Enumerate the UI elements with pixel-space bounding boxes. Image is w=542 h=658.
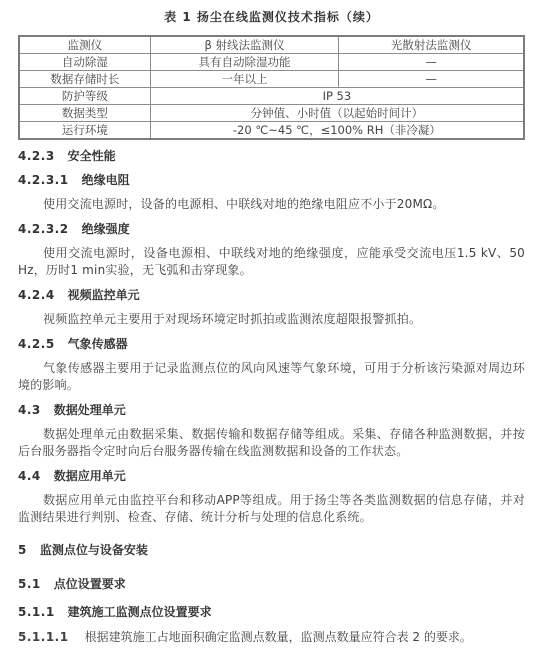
heading-number: 4.2.4: [18, 288, 55, 302]
heading-title: 建筑施工监测点位设置要求: [68, 605, 212, 619]
table-cell-merged: IP 53: [150, 88, 524, 105]
heading-title: 绝缘电阻: [82, 173, 130, 187]
table-header-cell: 光散射法监测仪: [339, 36, 524, 54]
heading-title: 安全性能: [68, 149, 116, 163]
table-cell-label: 自动除湿: [19, 54, 150, 71]
heading-4-2-3-1: 4.2.3.1绝缘电阻: [18, 172, 525, 188]
heading-number: 5.1.1: [18, 605, 55, 619]
table-cell-label: 数据类型: [19, 105, 150, 122]
heading-4-4: 4.4数据应用单元: [18, 468, 525, 484]
heading-title: 数据处理单元: [54, 403, 126, 417]
table-caption: 表 1 扬尘在线监测仪技术指标（续）: [18, 9, 525, 25]
clause-text: 根据建筑施工占地面积确定监测点数量，监测点数量应符合表 2 的要求。: [85, 630, 472, 644]
table-row-operating-env: 运行环境 -20 ℃~45 ℃，≤100% RH（非冷凝）: [19, 122, 524, 140]
table-cell-value: —: [339, 71, 524, 88]
heading-title: 气象传感器: [68, 337, 128, 351]
heading-number: 5.1: [18, 577, 41, 591]
heading-number: 4.2.3.2: [18, 222, 69, 236]
table-header-row: 监测仪 β 射线法监测仪 光散射法监测仪: [19, 36, 524, 54]
heading-5: 5监测点位与设备安装: [18, 542, 525, 558]
heading-title: 数据应用单元: [54, 469, 126, 483]
heading-number: 4.2.3.1: [18, 173, 69, 187]
table-row-data-type: 数据类型 分钟值、小时值（以起始时间计）: [19, 105, 524, 122]
paragraph-data-processing: 数据处理单元由数据采集、数据传输和数据存储等组成。采集、存储各种监测数据，并按后…: [18, 426, 525, 460]
spec-table: 监测仪 β 射线法监测仪 光散射法监测仪 自动除湿 具有自动除湿功能 — 数据存…: [18, 35, 525, 140]
heading-title: 点位设置要求: [54, 577, 126, 591]
table-cell-merged: -20 ℃~45 ℃，≤100% RH（非冷凝）: [150, 122, 524, 140]
table-row-protection-rating: 防护等级 IP 53: [19, 88, 524, 105]
table-cell-value: 一年以上: [150, 71, 338, 88]
heading-5-1-1: 5.1.1建筑施工监测点位设置要求: [18, 604, 525, 620]
clause-number: 5.1.1.1: [18, 630, 69, 644]
table-row-storage-duration: 数据存储时长 一年以上 —: [19, 71, 524, 88]
table-cell-label: 运行环境: [19, 122, 150, 140]
heading-number: 4.4: [18, 469, 41, 483]
heading-number: 4.2.5: [18, 337, 55, 351]
heading-number: 4.2.3: [18, 149, 55, 163]
table-header-cell: 监测仪: [19, 36, 150, 54]
heading-4-2-3-2: 4.2.3.2绝缘强度: [18, 221, 525, 237]
heading-4-2-4: 4.2.4视频监控单元: [18, 287, 525, 303]
heading-5-1: 5.1点位设置要求: [18, 576, 525, 592]
clause-5-1-1-1: 5.1.1.1根据建筑施工占地面积确定监测点数量，监测点数量应符合表 2 的要求…: [18, 629, 525, 646]
heading-4-2-3: 4.2.3安全性能: [18, 148, 525, 164]
table-cell-label: 防护等级: [19, 88, 150, 105]
heading-4-3: 4.3数据处理单元: [18, 402, 525, 418]
paragraph-video-monitoring: 视频监控单元主要用于对现场环境定时抓拍或监测浓度超限报警抓拍。: [18, 311, 525, 328]
paragraph-insulation-resistance: 使用交流电源时，设备的电源相、中联线对地的绝缘电阻应不小于20MΩ。: [18, 196, 525, 213]
table-row-auto-dehumidify: 自动除湿 具有自动除湿功能 —: [19, 54, 524, 71]
paragraph-insulation-strength: 使用交流电源时，设备电源相、中联线对地的绝缘强度，应能承受交流电压1.5 kV、…: [18, 245, 525, 279]
table-cell-label: 数据存储时长: [19, 71, 150, 88]
heading-title: 视频监控单元: [68, 288, 140, 302]
table-cell-value: —: [339, 54, 524, 71]
table-header-cell: β 射线法监测仪: [150, 36, 338, 54]
paragraph-weather-sensor: 气象传感器主要用于记录监测点位的风向风速等气象环境，可用于分析该污染源对周边环境…: [18, 360, 525, 394]
paragraph-data-application: 数据应用单元由监控平台和移动APP等组成。用于扬尘等各类监测数据的信息存储，并对…: [18, 492, 525, 526]
table-cell-merged: 分钟值、小时值（以起始时间计）: [150, 105, 524, 122]
heading-title: 绝缘强度: [82, 222, 130, 236]
heading-number: 5: [18, 543, 27, 557]
table-cell-value: 具有自动除湿功能: [150, 54, 338, 71]
heading-number: 4.3: [18, 403, 41, 417]
document-page: 表 1 扬尘在线监测仪技术指标（续） 监测仪 β 射线法监测仪 光散射法监测仪 …: [0, 0, 542, 646]
heading-4-2-5: 4.2.5气象传感器: [18, 336, 525, 352]
heading-title: 监测点位与设备安装: [40, 543, 148, 557]
